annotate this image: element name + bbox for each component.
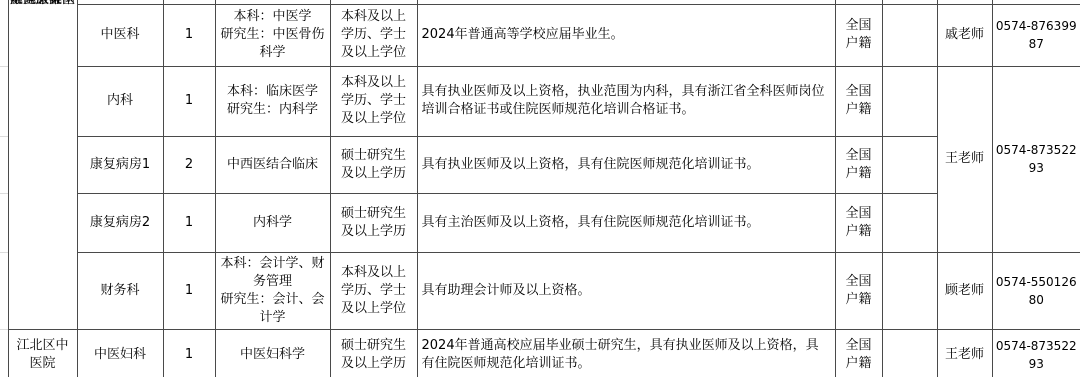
cell-hukou: 全国户籍	[835, 193, 882, 252]
cell-education: 本科及以上学历、学士及以上学位	[330, 4, 417, 66]
table-row: 内科 1 本科：临床医学 研究生：内科学 本科及以上学历、学士及以上学位 具有执…	[0, 66, 1080, 136]
cell-requirements: 2024年普通高等学校应届毕业生。	[417, 4, 835, 66]
cell-requirements: 具有执业医师及以上资格，具有住院医师规范化培训证书。	[417, 136, 835, 193]
cell-blank	[882, 252, 937, 329]
cell-major: 本科：临床医学 研究生：内科学	[215, 66, 330, 136]
cell-phone: 0574-55012680	[992, 252, 1080, 329]
cell-contact: 王老师	[937, 329, 992, 377]
recruitment-table-screenshot: 第九医院医疗健康集团院区（社区卫生服务中心） 中医科 1 本科：中医学 研究生：…	[0, 0, 1080, 377]
cell-dept: 内科	[77, 66, 163, 136]
cell-blank	[882, 136, 937, 193]
cell-major: 中西医结合临床	[215, 136, 330, 193]
cropped-left-column	[0, 4, 8, 66]
table-row: 康复病房1 2 中西医结合临床 硕士研究生及以上学历 具有执业医师及以上资格，具…	[0, 136, 1080, 193]
cell-count: 1	[163, 329, 215, 377]
cell-count: 1	[163, 252, 215, 329]
cell-contact: 顾老师	[937, 252, 992, 329]
recruitment-table: 第九医院医疗健康集团院区（社区卫生服务中心） 中医科 1 本科：中医学 研究生：…	[0, 0, 1080, 377]
cell-hukou: 全国户籍	[835, 66, 882, 136]
cell-hukou: 全国户籍	[835, 329, 882, 377]
cell-blank	[882, 66, 937, 136]
table-row: 江北区中医院 中医妇科 1 中医妇科学 硕士研究生及以上学历 2024年普通高校…	[0, 329, 1080, 377]
cell-major: 中医妇科学	[215, 329, 330, 377]
cell-count: 2	[163, 136, 215, 193]
cell-dept: 中医科	[77, 4, 163, 66]
cell-count: 1	[163, 66, 215, 136]
cell-requirements: 2024年普通高校应届毕业硕士研究生，具有执业医师及以上资格，具有住院医师规范化…	[417, 329, 835, 377]
cell-org: 第九医院医疗健康集团院区（社区卫生服务中心）	[8, 0, 77, 329]
cell-blank	[882, 193, 937, 252]
cell-major: 本科：会计学、财务管理 研究生：会计、会计学	[215, 252, 330, 329]
cell-org: 江北区中医院	[8, 329, 77, 377]
cell-education: 硕士研究生及以上学历	[330, 193, 417, 252]
cell-education: 硕士研究生及以上学历	[330, 136, 417, 193]
cell-requirements: 具有执业医师及以上资格，执业范围为内科，具有浙江省全科医师岗位培训合格证书或住院…	[417, 66, 835, 136]
cell-education: 本科及以上学历、学士及以上学位	[330, 252, 417, 329]
table-row: 康复病房2 1 内科学 硕士研究生及以上学历 具有主治医师及以上资格，具有住院医…	[0, 193, 1080, 252]
cell-requirements: 具有主治医师及以上资格，具有住院医师规范化培训证书。	[417, 193, 835, 252]
table-row: 中医科 1 本科：中医学 研究生：中医骨伤科学 本科及以上学历、学士及以上学位 …	[0, 4, 1080, 66]
cell-contact: 王老师	[937, 66, 992, 252]
cell-major: 内科学	[215, 193, 330, 252]
cell-blank	[882, 4, 937, 66]
cell-blank	[882, 329, 937, 377]
cell-major: 本科：中医学 研究生：中医骨伤科学	[215, 4, 330, 66]
cropped-left-column	[0, 193, 8, 252]
cell-hukou: 全国户籍	[835, 4, 882, 66]
cell-dept: 财务科	[77, 252, 163, 329]
cell-count: 1	[163, 4, 215, 66]
cell-hukou: 全国户籍	[835, 252, 882, 329]
cell-dept: 康复病房2	[77, 193, 163, 252]
cell-requirements: 具有助理会计师及以上资格。	[417, 252, 835, 329]
cell-phone: 0574-87639987	[992, 4, 1080, 66]
cropped-left-column	[0, 329, 8, 377]
cropped-left-column	[0, 136, 8, 193]
cropped-left-column	[0, 66, 8, 136]
cell-dept: 康复病房1	[77, 136, 163, 193]
cell-count: 1	[163, 193, 215, 252]
cell-dept: 中医妇科	[77, 329, 163, 377]
cell-education: 本科及以上学历、学士及以上学位	[330, 66, 417, 136]
cell-phone: 0574-87352293	[992, 66, 1080, 252]
table-row: 财务科 1 本科：会计学、财务管理 研究生：会计、会计学 本科及以上学历、学士及…	[0, 252, 1080, 329]
cell-education: 硕士研究生及以上学历	[330, 329, 417, 377]
cell-phone: 0574-87352293	[992, 329, 1080, 377]
cell-hukou: 全国户籍	[835, 136, 882, 193]
cropped-left-column	[0, 252, 8, 329]
cell-contact: 戚老师	[937, 4, 992, 66]
